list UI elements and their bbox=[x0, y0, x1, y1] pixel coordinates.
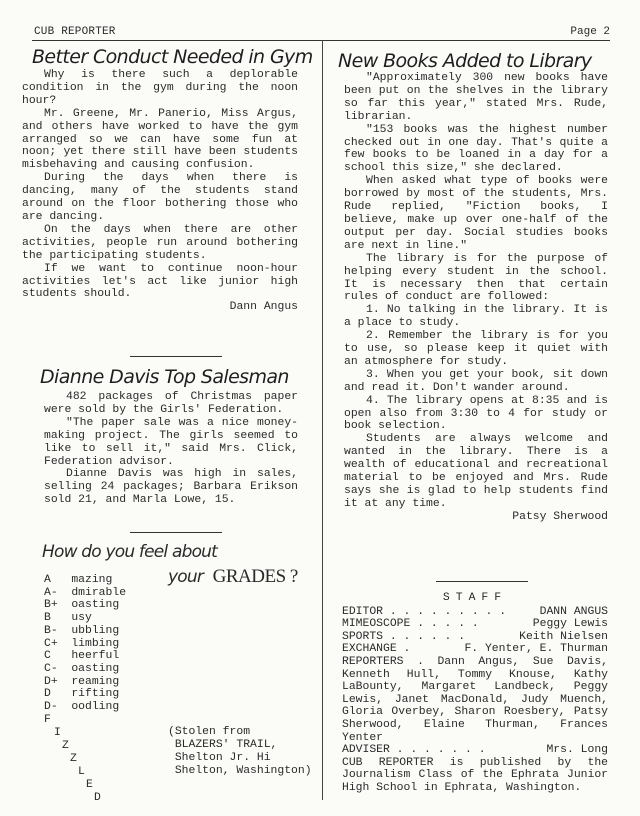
staff-role: EXCHANGE . bbox=[342, 643, 410, 656]
paragraph: During the days when there is dancing, m… bbox=[22, 172, 298, 224]
grades-title-your: your bbox=[168, 567, 203, 587]
grade-row: C+ limbing bbox=[44, 638, 126, 651]
paragraph: "153 books was the highest number checke… bbox=[344, 124, 608, 176]
paragraph: Dianne Davis was high in sales, selling … bbox=[44, 468, 298, 507]
grade-row: C- oasting bbox=[44, 663, 126, 676]
staff-entry: EXCHANGE . F. Yenter, E. Thurman bbox=[342, 643, 608, 656]
staff-entry: ADVISER . . . . . . . Mrs. Long bbox=[342, 744, 608, 757]
fizzled-letter: Z bbox=[62, 740, 69, 752]
staff-entry: MIMEOSCOPE . . . . . Peggy Lewis bbox=[342, 618, 608, 631]
headline-gym: Better Conduct Needed in Gym bbox=[22, 46, 298, 68]
column-divider bbox=[322, 40, 323, 800]
staff-name: Peggy Lewis bbox=[533, 618, 608, 631]
colophon: CUB REPORTER is published by the Journal… bbox=[342, 757, 608, 795]
library-rule: 2. Remember the library is for you to us… bbox=[344, 330, 608, 369]
headline-salesman: Dianne Davis Top Salesman bbox=[22, 366, 298, 388]
byline: Patsy Sherwood bbox=[336, 511, 614, 524]
article-body: "Approximately 300 new books have been p… bbox=[336, 72, 608, 511]
staff-box: STAFF EDITOR . . . . . . . . . DANN ANGU… bbox=[336, 592, 614, 795]
paragraph: When asked what type of books were borro… bbox=[344, 175, 608, 252]
newspaper-page: CUB REPORTER Page 2 Better Conduct Neede… bbox=[0, 0, 640, 816]
fizzled-letter: D bbox=[94, 792, 101, 804]
grade-row: F bbox=[44, 714, 126, 727]
grade-row: D+ reaming bbox=[44, 676, 126, 689]
staff-entry: EDITOR . . . . . . . . . DANN ANGUS bbox=[342, 606, 608, 619]
separator-rule bbox=[130, 356, 222, 357]
byline: Dann Angus bbox=[22, 301, 298, 314]
paragraph: 482 packages of Christmas paper were sol… bbox=[44, 391, 298, 417]
grade-row: B- ubbling bbox=[44, 625, 126, 638]
staff-role: SPORTS . . . . . . bbox=[342, 631, 465, 644]
fizzled-letter: Z bbox=[70, 753, 77, 765]
grade-row: A- dmirable bbox=[44, 587, 126, 600]
page-number: Page 2 bbox=[570, 26, 610, 38]
separator-rule bbox=[436, 581, 528, 582]
article-gym: Better Conduct Needed in Gym Why is ther… bbox=[22, 46, 298, 314]
paragraph: Mr. Greene, Mr. Panerio, Miss Argus, and… bbox=[22, 108, 298, 173]
grades-title-line2: your GRADES ? bbox=[168, 566, 298, 588]
paragraph: If we want to continue noon-hour activit… bbox=[22, 263, 298, 302]
grades-credit: (Stolen from BLAZERS' TRAIL, Shelton Jr.… bbox=[168, 726, 312, 778]
library-rule: 1. No talking in the library. It is a pl… bbox=[344, 304, 608, 330]
article-body: 482 packages of Christmas paper were sol… bbox=[22, 391, 298, 507]
grades-title-grades: GRADES ? bbox=[213, 566, 298, 587]
grade-row: C heerful bbox=[44, 650, 126, 663]
grade-row: D- oodling bbox=[44, 701, 126, 714]
staff-role: EDITOR . . . . . . . . . bbox=[342, 606, 506, 619]
staff-name: DANN ANGUS bbox=[540, 606, 608, 619]
paragraph: "The paper sale was a nice money-making … bbox=[44, 417, 298, 469]
article-body: Why is there such a deplorable condition… bbox=[22, 69, 298, 301]
grades-list: A mazing A- dmirable B+ oasting B usy B-… bbox=[44, 574, 126, 726]
headline-library: New Books Added to Library bbox=[338, 50, 614, 72]
library-rule: 3. When you get your book, sit down and … bbox=[344, 369, 608, 395]
article-library: New Books Added to Library "Approximatel… bbox=[336, 50, 614, 524]
paragraph: Why is there such a deplorable condition… bbox=[22, 69, 298, 108]
staff-name: F. Yenter, E. Thurman bbox=[464, 643, 608, 656]
staff-name: Keith Nielsen bbox=[519, 631, 608, 644]
publication-name: CUB REPORTER bbox=[34, 26, 116, 38]
library-rule: 4. The library opens at 8:35 and is open… bbox=[344, 395, 608, 434]
grade-row: B usy bbox=[44, 612, 126, 625]
grade-row: B+ oasting bbox=[44, 599, 126, 612]
staff-title: STAFF bbox=[336, 592, 614, 605]
fizzled-letter: E bbox=[86, 779, 93, 791]
grades-title-line1: How do you feel about bbox=[42, 542, 217, 562]
staff-reporters: REPORTERS . Dann Angus, Sue Davis, Kenne… bbox=[342, 656, 608, 744]
paragraph: Students are always welcome and wanted i… bbox=[344, 433, 608, 510]
staff-role: ADVISER . . . . . . . bbox=[342, 744, 486, 757]
separator-rule bbox=[130, 532, 222, 533]
staff-entry: SPORTS . . . . . . Keith Nielsen bbox=[342, 631, 608, 644]
staff-role: MIMEOSCOPE . . . . . bbox=[342, 618, 479, 631]
paragraph: On the days when there are other activit… bbox=[22, 224, 298, 263]
grade-row: D rifting bbox=[44, 688, 126, 701]
article-salesman: Dianne Davis Top Salesman 482 packages o… bbox=[22, 366, 298, 507]
fizzled-letter: L bbox=[78, 766, 85, 778]
page-header: CUB REPORTER Page 2 bbox=[32, 26, 610, 41]
fizzled-letter: I bbox=[54, 727, 61, 739]
grade-row: A mazing bbox=[44, 574, 126, 587]
staff-name: Mrs. Long bbox=[546, 744, 608, 757]
paragraph: The library is for the purpose of helpin… bbox=[344, 253, 608, 305]
paragraph: "Approximately 300 new books have been p… bbox=[344, 72, 608, 124]
